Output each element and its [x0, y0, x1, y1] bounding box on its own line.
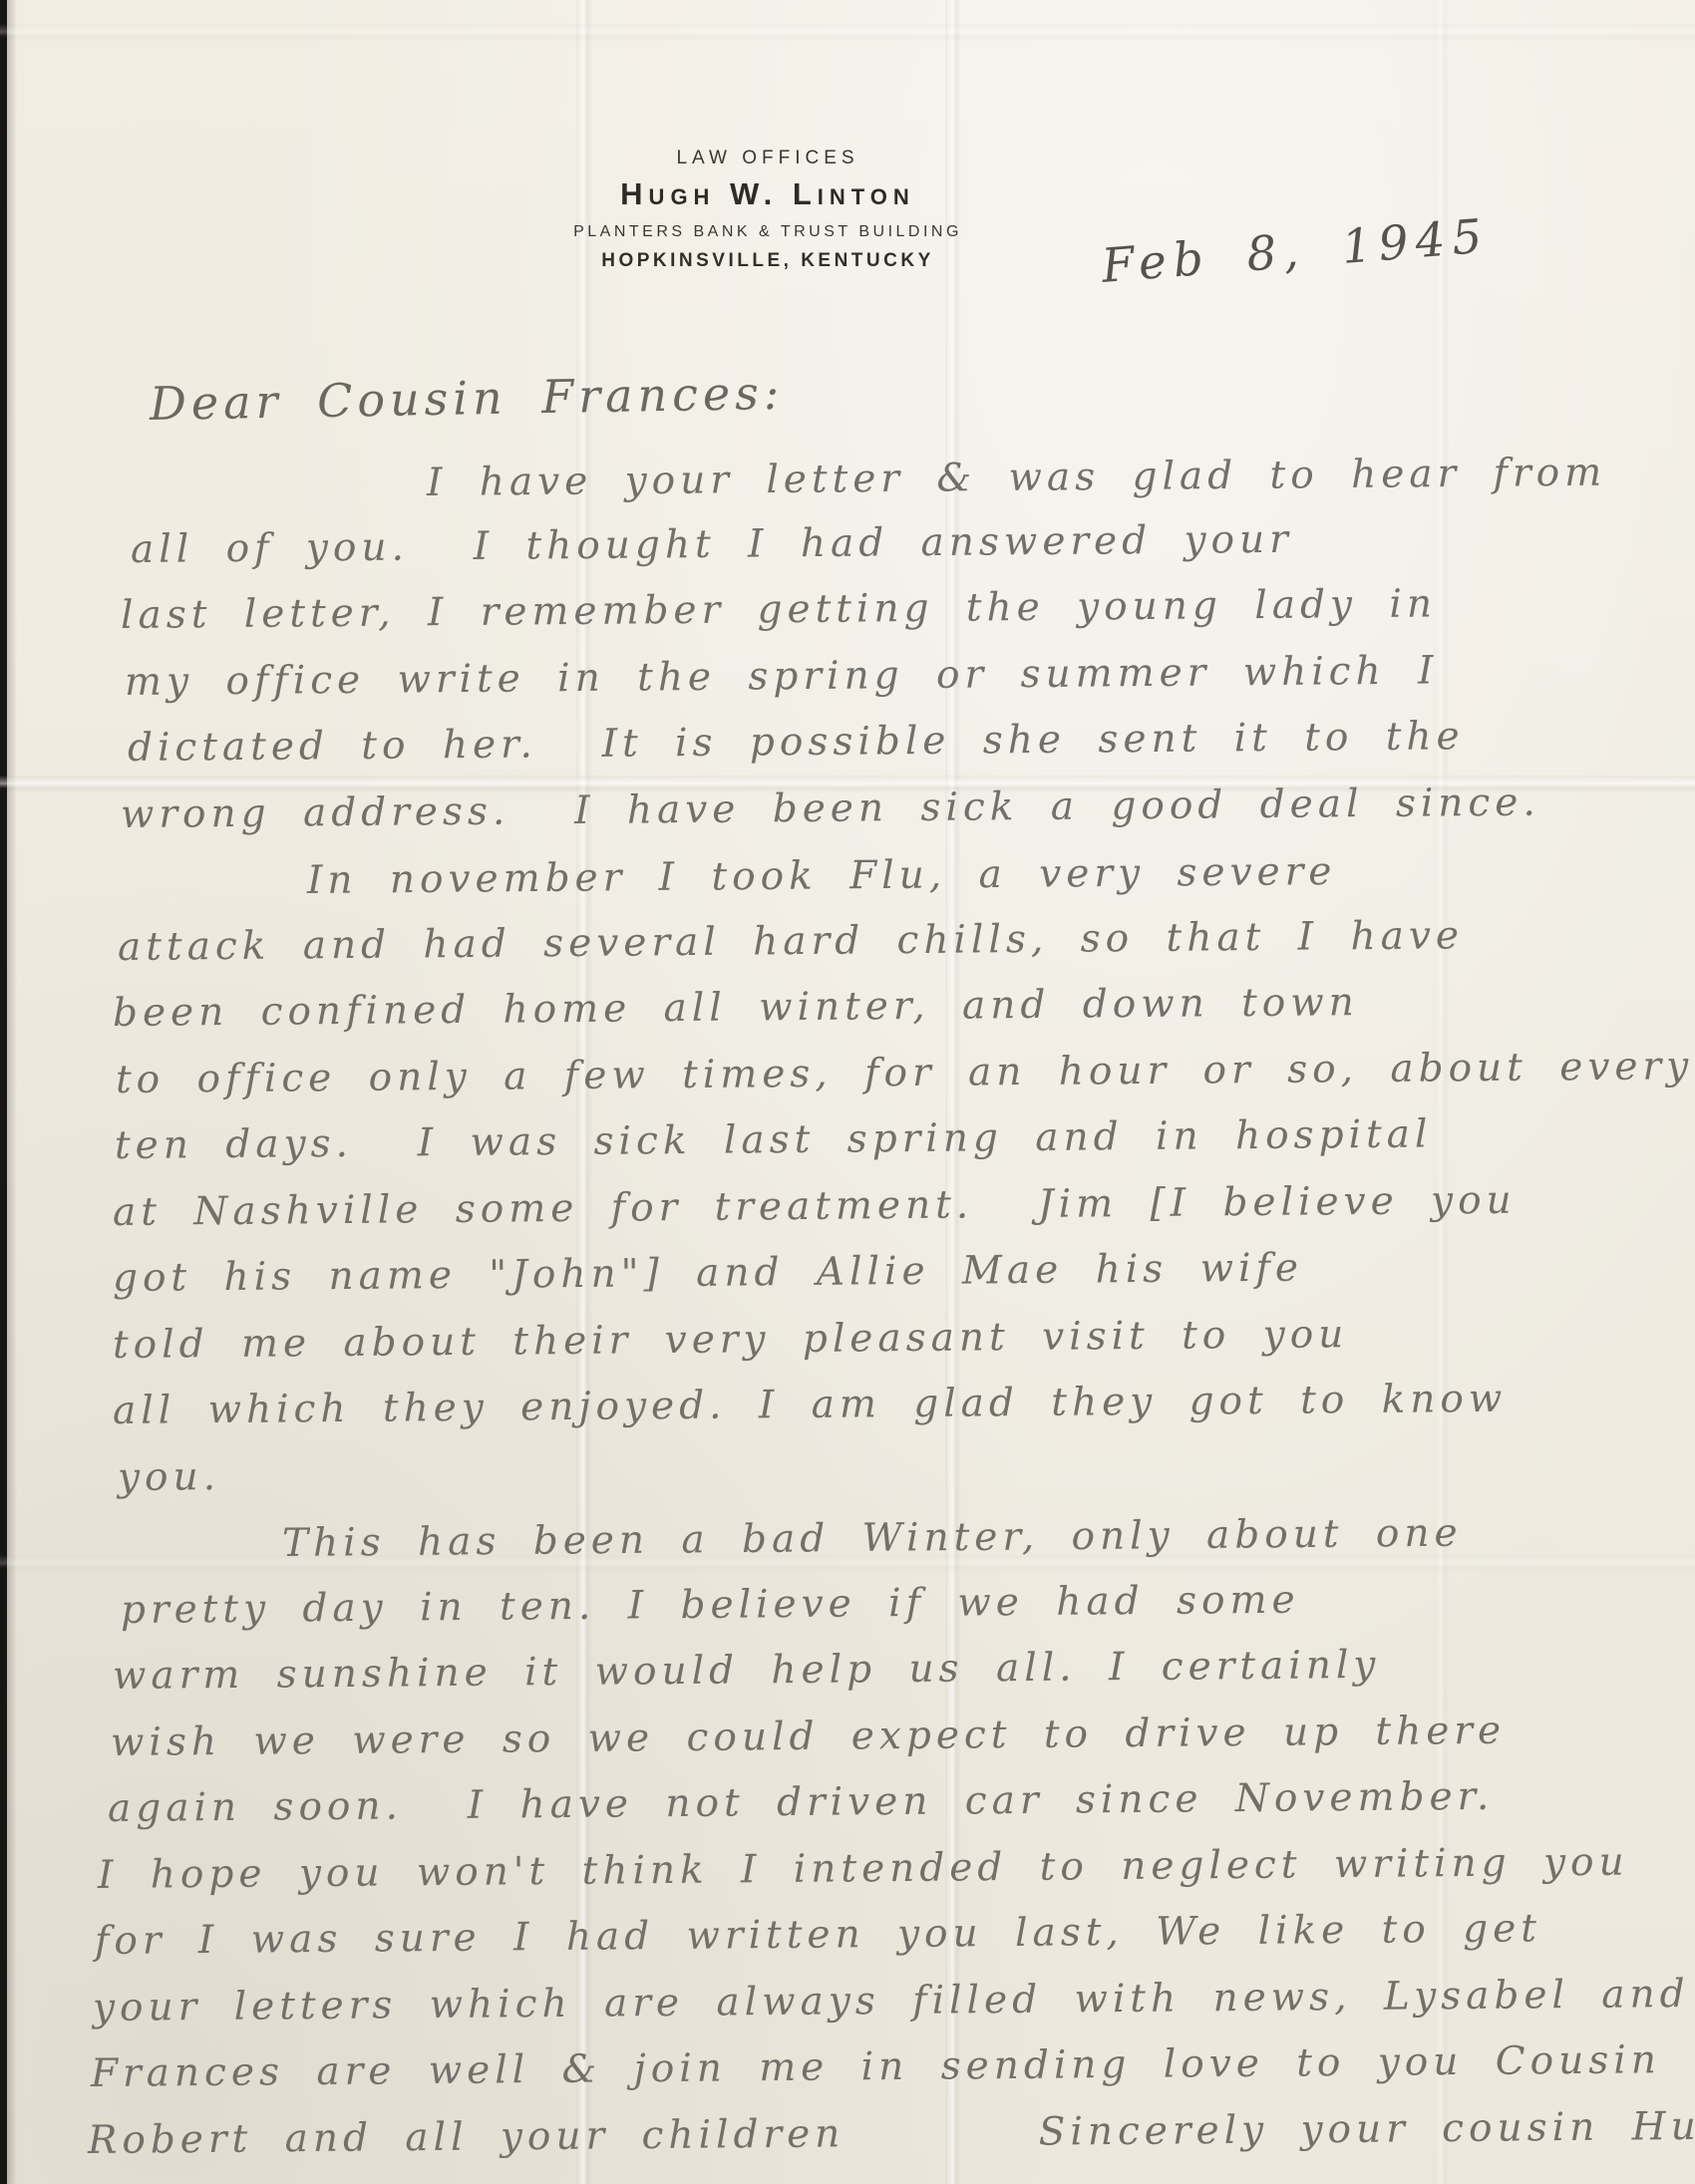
letter-line: wrong address. I have been sick a good d…: [121, 769, 1676, 848]
letter-line: Robert and all your children Sincerely y…: [88, 2094, 1676, 2174]
letterhead-building: PLANTERS BANK & TRUST BUILDING: [573, 223, 962, 241]
letter-page: LAW OFFICES Hugh W. Linton PLANTERS BANK…: [0, 0, 1695, 2184]
salutation: Dear Cousin Frances:: [150, 366, 785, 431]
letterhead-office-line: LAW OFFICES: [573, 148, 962, 169]
letter-date: Feb 8, 1945: [1100, 209, 1491, 294]
scan-edge-strip: [0, 0, 7, 2184]
scan-edge-shadow: [7, 0, 17, 2184]
fold-crease-horizontal-top: [0, 24, 1695, 42]
letterhead-name: Hugh W. Linton: [573, 176, 962, 212]
letterhead: LAW OFFICES Hugh W. Linton PLANTERS BANK…: [573, 148, 962, 272]
letter-line: you.: [118, 1431, 1676, 1511]
letter-body: I have your letter & was glad to hear fr…: [113, 451, 1675, 2174]
letterhead-city: HOPKINSVILLE, KENTUCKY: [573, 250, 962, 272]
